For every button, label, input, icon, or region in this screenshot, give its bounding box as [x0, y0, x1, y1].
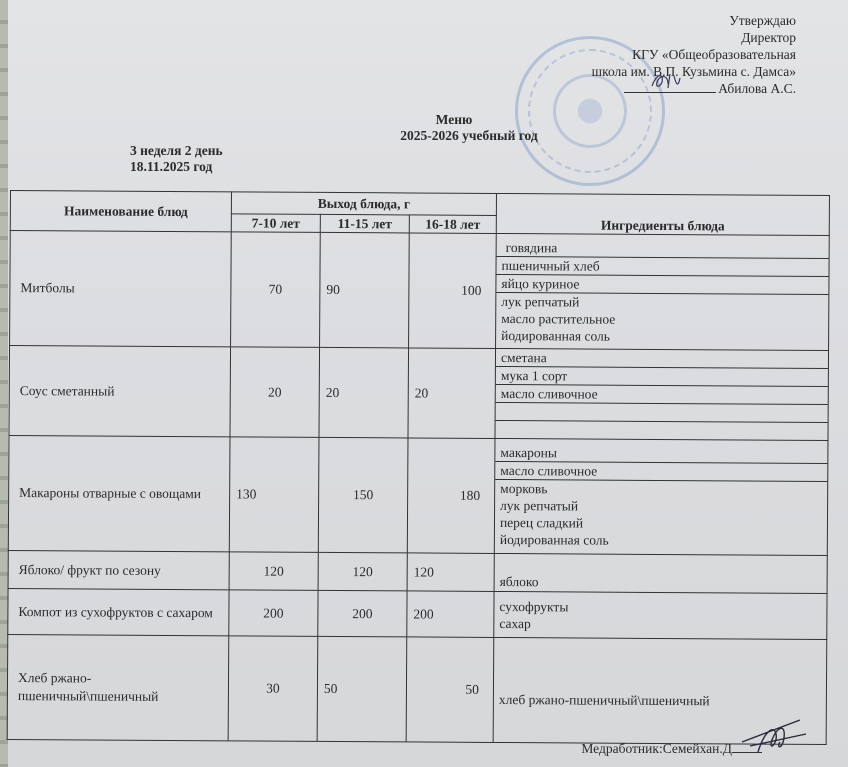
approval-line-2: Директор	[592, 29, 796, 46]
school-year: 2025-2026 учебный год	[0, 128, 848, 144]
yield-value: 120	[229, 552, 318, 591]
yield-value: 120	[318, 552, 407, 591]
ingredient-item: яйцо куриное	[496, 274, 828, 294]
ingredient-item: масло сливочное	[496, 385, 828, 405]
ingredient-item	[495, 421, 827, 440]
yield-value: 150	[318, 437, 408, 553]
medic-name: Медработник:Семейхан.Д	[581, 741, 732, 756]
dish-name: Яблоко/ фрукт по сезону	[8, 550, 229, 589]
approval-signature-line: Абилова А.С.	[592, 80, 796, 97]
ingredient-item: лук репчатый масло растительное йодирова…	[496, 292, 828, 345]
yield-value: 20	[319, 347, 409, 438]
ingredients-cell: сметанамука 1 сортмасло сливочное	[495, 348, 829, 440]
ingredient-item: говядина	[497, 238, 829, 258]
header-ingredients: Ингредиенты блюда	[496, 193, 829, 235]
ingredients-cell: макаронымасло сливочноеморковь лук репча…	[494, 438, 828, 555]
ingredient-item: хлеб ржано-пшеничный\пшеничный	[494, 672, 826, 709]
yield-value: 30	[228, 636, 318, 742]
table-row: Соус сметанный202020сметанамука 1 сортма…	[9, 346, 829, 441]
yield-value: 90	[320, 232, 410, 348]
yield-value: 200	[407, 591, 494, 638]
ingredients-cell: сухофрукты сахар	[494, 591, 827, 639]
dish-name: Компот из сухофруктов с сахаром	[8, 588, 229, 635]
dish-name: Соус сметанный	[9, 346, 231, 437]
period-block: 3 неделя 2 день 18.11.2025 год	[130, 143, 223, 175]
week-day: 3 неделя 2 день	[130, 143, 223, 159]
menu-date: 18.11.2025 год	[130, 159, 223, 175]
ingredient-item: яблоко	[495, 555, 827, 592]
ingredient-item: сухофрукты сахар	[494, 597, 826, 633]
table-row: Яблоко/ фрукт по сезону120120120яблоко	[8, 550, 827, 593]
dish-name: Макароны отварные с овощами	[8, 435, 230, 551]
yield-value: 200	[229, 590, 318, 637]
ingredients-cell: говядинапшеничный хлебяйцо куриноелук ре…	[496, 233, 830, 350]
dish-name: Митболы	[10, 231, 232, 347]
yield-value: 120	[407, 553, 494, 592]
header-age-11-15: 11-15 лет	[320, 214, 409, 233]
ingredient-item: пшеничный хлеб	[496, 256, 828, 276]
yield-value: 50	[317, 636, 407, 742]
yield-value: 100	[409, 233, 497, 349]
ingredient-item: мука 1 сорт	[496, 367, 828, 387]
ingredient-item: морковь лук репчатый перец сладкий йодир…	[495, 480, 827, 550]
approval-line-1: Утверждаю	[592, 12, 796, 29]
approval-block: Утверждаю Директор КГУ «Общеобразователь…	[592, 12, 796, 97]
menu-heading: Меню	[0, 112, 848, 128]
director-name: Абилова А.С.	[718, 81, 796, 96]
header-age-7-10: 7-10 лет	[231, 214, 320, 233]
yield-value: 70	[231, 232, 321, 348]
approval-line-3: КГУ «Общеобразовательная	[592, 46, 796, 63]
header-age-16-18: 16-18 лет	[409, 215, 496, 234]
table-row: Митболы7090100говядинапшеничный хлебяйцо…	[10, 231, 830, 351]
ingredient-item	[496, 403, 828, 423]
table-row: Хлеб ржано-пшеничный\пшеничный305050хлеб…	[7, 634, 827, 744]
yield-value: 20	[408, 348, 496, 439]
yield-value: 20	[230, 347, 320, 438]
table-row: Макароны отварные с овощами130150180мака…	[8, 435, 828, 555]
director-signature-icon	[624, 80, 716, 93]
footer-medic: Медработник:Семейхан.Д	[581, 740, 762, 757]
document-title: Меню 2025-2026 учебный год	[0, 112, 848, 144]
ingredient-item: масло сливочное	[495, 462, 827, 482]
menu-table: Наименование блюд Выход блюда, г Ингреди…	[7, 190, 830, 745]
yield-value: 50	[406, 637, 494, 743]
ingredient-item: макароны	[495, 444, 827, 464]
ingredients-cell: яблоко	[494, 553, 827, 593]
table-row: Компот из сухофруктов с сахаром200200200…	[8, 588, 827, 639]
medic-signature-line	[732, 740, 762, 753]
ingredients-cell: хлеб ржано-пшеничный\пшеничный	[493, 637, 827, 744]
header-dish-name: Наименование блюд	[10, 191, 231, 232]
ingredient-item: сметана	[496, 349, 828, 369]
yield-value: 200	[318, 590, 407, 637]
yield-value: 130	[229, 437, 319, 553]
header-yield: Выход блюда, г	[231, 192, 496, 216]
yield-value: 180	[407, 438, 495, 554]
dish-name: Хлеб ржано-пшеничный\пшеничный	[7, 634, 229, 740]
menu-table-body: Митболы7090100говядинапшеничный хлебяйцо…	[7, 231, 829, 745]
